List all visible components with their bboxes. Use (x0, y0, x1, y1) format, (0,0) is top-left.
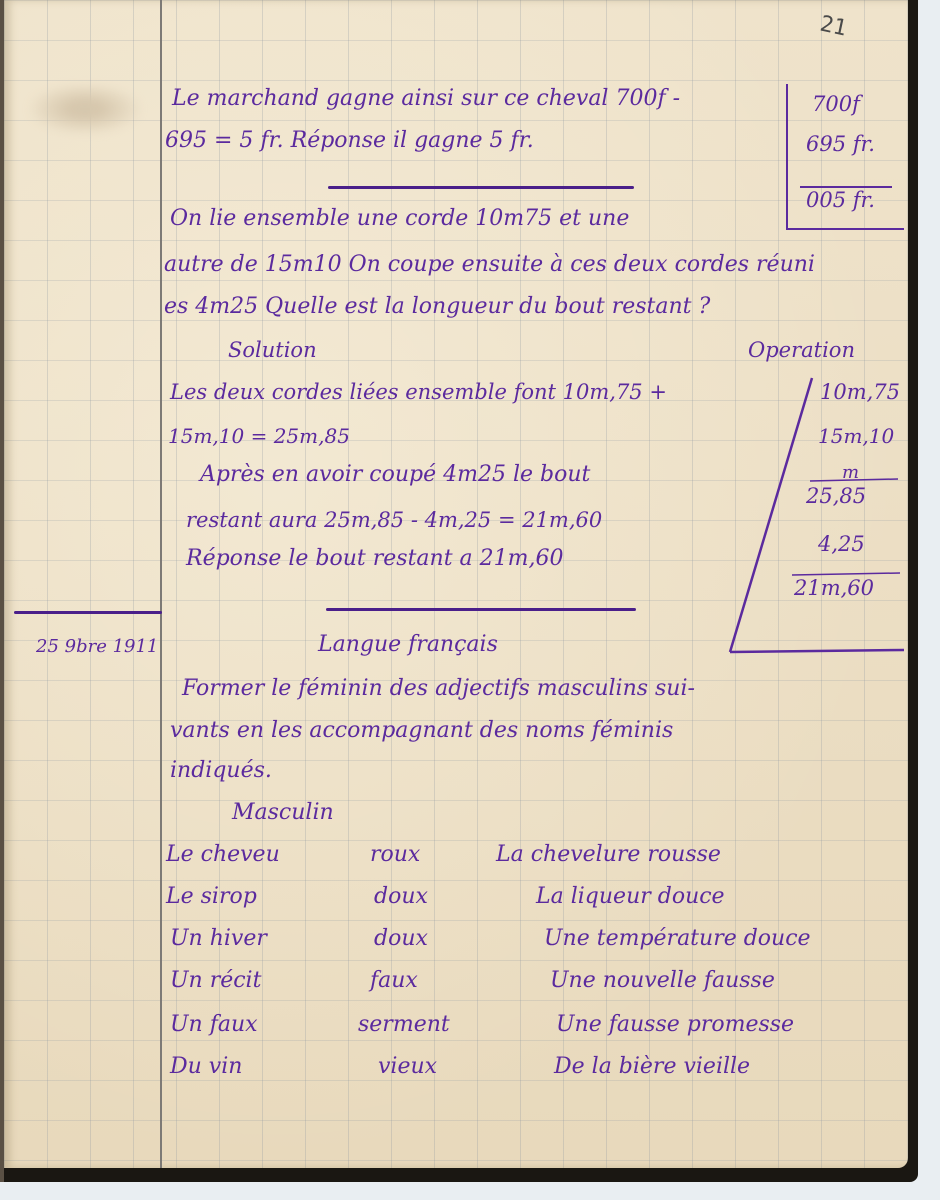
row-noun: Du vin (170, 1054, 242, 1079)
row-adjective: serment (358, 1012, 450, 1037)
problem2-op-1: 10m,75 (820, 380, 900, 404)
operation-bracket (0, 0, 940, 1200)
lesson-instruction-2: vants en les accompagnant des noms fémin… (170, 718, 673, 743)
row-noun: Un hiver (170, 926, 267, 951)
row-feminine: Une température douce (544, 926, 811, 951)
problem2-op-3: 25,85 (806, 484, 866, 508)
row-noun: Un faux (170, 1012, 258, 1037)
row-feminine: De la bière vieille (554, 1054, 750, 1079)
problem2-op-unit: m (842, 462, 859, 483)
margin-date: 25 9bre 1911 (36, 636, 158, 657)
column-heading-masculin: Masculin (232, 800, 334, 825)
row-adjective: faux (370, 968, 418, 993)
row-adjective: roux (370, 842, 420, 867)
lesson-instruction-1: Former le féminin des adjectifs masculin… (182, 676, 695, 701)
row-adjective: doux (374, 884, 428, 909)
row-noun: Le cheveu (166, 842, 280, 867)
problem2-op-5: 21m,60 (794, 576, 874, 600)
row-adjective: vieux (378, 1054, 437, 1079)
row-noun: Le sirop (166, 884, 257, 909)
lesson-title: Langue français (318, 632, 498, 657)
margin-divider (14, 611, 162, 614)
problem2-op-2: 15m,10 (818, 424, 894, 448)
row-feminine: La liqueur douce (536, 884, 725, 909)
row-feminine: La chevelure rousse (496, 842, 721, 867)
row-noun: Un récit (170, 968, 261, 993)
section-divider-2 (326, 608, 636, 611)
lesson-instruction-3: indiqués. (170, 758, 272, 783)
row-adjective: doux (374, 926, 428, 951)
problem2-op-4: 4,25 (818, 532, 865, 556)
row-feminine: Une fausse promesse (556, 1012, 794, 1037)
row-feminine: Une nouvelle fausse (550, 968, 775, 993)
